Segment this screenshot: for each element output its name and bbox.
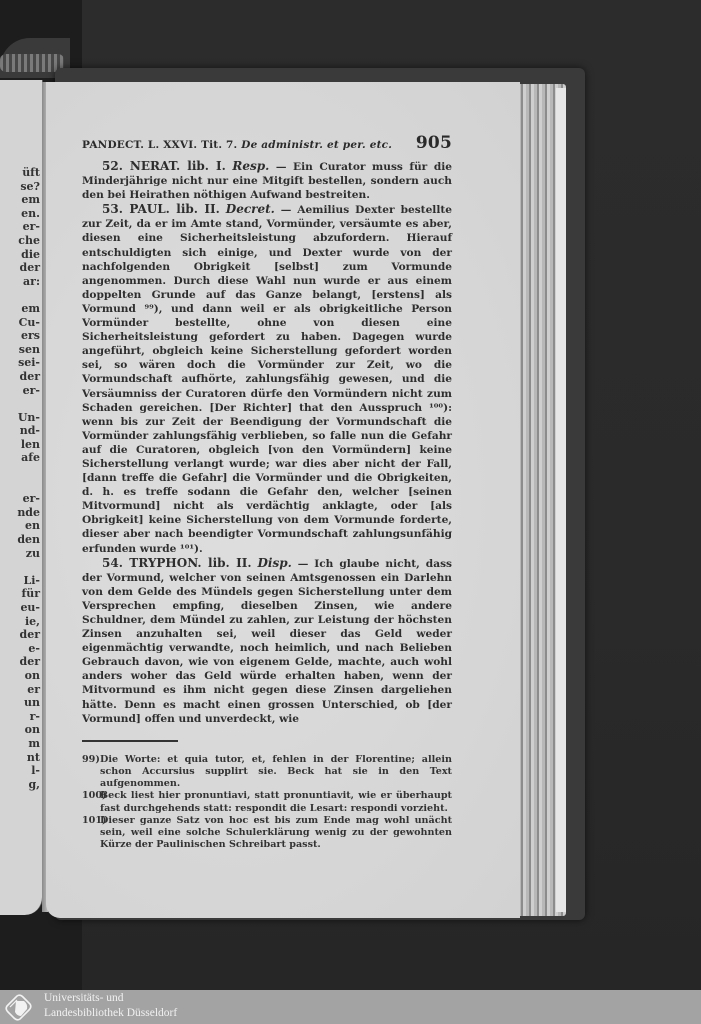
paragraph-53: 53. PAUL. lib. II. Decret. — Aemilius De… (82, 202, 452, 555)
paragraph-lead-italic: Disp. (258, 556, 292, 570)
left-page-edges (0, 54, 64, 72)
footnote-text: Beck liest hier pronuntiavi, statt pronu… (100, 790, 452, 814)
running-head-italic: De administr. et per. etc. (241, 139, 392, 151)
left-page-line-fragment: zu (0, 547, 42, 561)
left-page-line-fragment: er- (0, 384, 42, 398)
left-page-line-fragment: Cu- (0, 316, 42, 330)
library-book-icon[interactable] (4, 992, 34, 1022)
paragraph-text: — Ich glaube nicht, dass der Vormund, we… (82, 558, 452, 725)
left-page-line-fragment (0, 465, 42, 479)
paragraph-54: 54. TRYPHON. lib. II. Disp. — Ich glaube… (82, 556, 452, 726)
left-page-line-fragment: Un- (0, 411, 42, 425)
left-page-line-fragment: g, (0, 778, 42, 792)
left-page-line-fragment: nd- (0, 424, 42, 438)
left-page-line-fragment: er (0, 683, 42, 697)
left-page-line-fragment: ie, (0, 615, 42, 629)
left-page-line-fragment: sei- (0, 356, 42, 370)
left-page-line-fragment: eu- (0, 601, 42, 615)
left-page-line-fragment (0, 560, 42, 574)
left-page-line-fragment: l- (0, 764, 42, 778)
left-page-text: üftse?emen.er-chediederar: emCu-erssense… (0, 80, 42, 791)
left-page-line-fragment: nt (0, 751, 42, 765)
left-page-line-fragment: üft (0, 166, 42, 180)
left-page-line-fragment: ers (0, 329, 42, 343)
running-head: PANDECT. L. XXVI. Tit. 7. De administr. … (82, 133, 452, 153)
left-page-line-fragment: em (0, 193, 42, 207)
left-page-line-fragment: r- (0, 710, 42, 724)
left-page-line-fragment: der (0, 655, 42, 669)
left-page-line-fragment: on (0, 669, 42, 683)
left-page-line-fragment (0, 288, 42, 302)
page-content: PANDECT. L. XXVI. Tit. 7. De administr. … (82, 133, 452, 851)
left-page-sliver: üftse?emen.er-chediederar: emCu-erssense… (0, 80, 43, 915)
running-head-title: PANDECT. L. XXVI. Tit. 7. De administr. … (82, 139, 392, 151)
left-page-line-fragment: m (0, 737, 42, 751)
left-page-line-fragment: er- (0, 220, 42, 234)
left-page-line-fragment (0, 397, 42, 411)
running-head-title-text: PANDECT. L. XXVI. Tit. 7. (82, 139, 237, 151)
left-page-line-fragment: en. (0, 207, 42, 221)
footnote-text: Die Worte: et quia tutor, et, fehlen in … (100, 754, 452, 791)
paragraph-lead: 53. PAUL. lib. II. (102, 202, 220, 216)
footnote-101: 101) Dieser ganze Satz von hoc est bis z… (82, 815, 452, 852)
left-page-line-fragment: en (0, 519, 42, 533)
left-page-line-fragment: e- (0, 642, 42, 656)
footnote-99: 99) Die Worte: et quia tutor, et, fehlen… (82, 754, 452, 791)
footnote-text: Dieser ganze Satz von hoc est bis zum En… (100, 815, 452, 852)
footer-line-2: Landesbibliothek Düsseldorf (44, 1006, 177, 1021)
left-page-line-fragment: den (0, 533, 42, 547)
page-number: 905 (416, 133, 452, 153)
paragraph-lead-italic: Decret. (226, 202, 275, 216)
left-page-line-fragment: sen (0, 343, 42, 357)
left-page-line-fragment: on (0, 723, 42, 737)
left-page-line-fragment: nde (0, 506, 42, 520)
footnote-divider (82, 740, 178, 742)
left-page-line-fragment: che (0, 234, 42, 248)
paragraph-text: — Aemilius Dexter bestellte zur Zeit, da… (82, 204, 452, 554)
left-page-line-fragment: für (0, 587, 42, 601)
page-edge-highlight (556, 88, 566, 912)
paragraph-lead: 54. TRYPHON. lib. II. (102, 556, 252, 570)
left-page-line-fragment: der (0, 261, 42, 275)
footer-institution-name[interactable]: Universitäts- und Landesbibliothek Düsse… (44, 991, 177, 1021)
left-page-line-fragment (0, 479, 42, 493)
footnote-100: 100) Beck liest hier pronuntiavi, statt … (82, 790, 452, 814)
footer-bar: Universitäts- und Landesbibliothek Düsse… (0, 990, 701, 1024)
left-page-line-fragment: afe (0, 451, 42, 465)
paragraph-lead: 52. NERAT. lib. I. (102, 159, 226, 173)
left-page-line-fragment: un (0, 696, 42, 710)
left-page-line-fragment: ar: (0, 275, 42, 289)
paragraph-lead-italic: Resp. (232, 159, 269, 173)
footnote-number: 101) (82, 815, 100, 852)
left-page-line-fragment: Li- (0, 574, 42, 588)
left-page-line-fragment: der (0, 370, 42, 384)
paragraph-52: 52. NERAT. lib. I. Resp. — Ein Curator m… (82, 159, 452, 202)
left-page-line-fragment: em (0, 302, 42, 316)
left-page-line-fragment: er- (0, 492, 42, 506)
footer-line-1: Universitäts- und (44, 991, 177, 1006)
left-page-line-fragment: len (0, 438, 42, 452)
left-page-line-fragment: der (0, 628, 42, 642)
left-page-line-fragment: se? (0, 180, 42, 194)
left-page-line-fragment: die (0, 248, 42, 262)
footnote-number: 99) (82, 754, 100, 791)
footnote-number: 100) (82, 790, 100, 814)
